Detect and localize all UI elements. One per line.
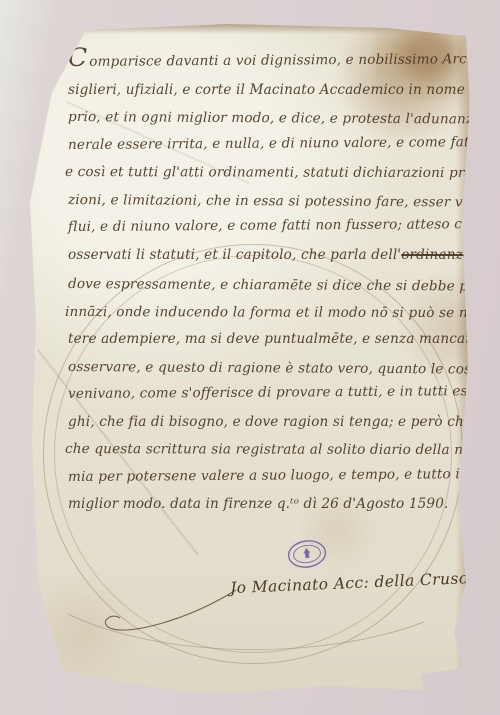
manuscript-line: che questa scrittura sia registrata al s…	[65, 436, 463, 465]
manuscript-line: dove espressamente, e chiaramēte si dice…	[68, 271, 466, 301]
manuscript-line-sup: adu	[471, 245, 488, 255]
manuscript-line: nerale essere irrita, e nulla, e di niun…	[68, 129, 466, 159]
manuscript-line: ghi, che fia di bisogno, e dove ragion s…	[68, 409, 466, 437]
manuscript-line: flui, e di niuno valore, e come fatti no…	[68, 211, 466, 241]
manuscript-line: siglieri, ufiziali, e corte il Macinato …	[68, 77, 466, 105]
manuscript-line: tere adempiere, ma si deve puntualmēte, …	[68, 326, 466, 354]
signature-flourish	[68, 562, 428, 672]
manuscript-line: osservati li statuti, et il capitolo, ch…	[68, 242, 466, 272]
paper-sheet: Comparisce davanti a voi dignissimo, e n…	[28, 22, 470, 700]
manuscript-line: miglior modo. data in firenze q.ᵗᵒ dì 26…	[68, 491, 466, 519]
handwritten-text: Comparisce davanti a voi dignissimo, e n…	[68, 44, 466, 519]
manuscript-line: innāzi, onde inducendo la forma et il mo…	[65, 298, 463, 327]
manuscript-line-struck: ordinanza	[401, 247, 471, 263]
manuscript-line-post: generale	[489, 247, 500, 263]
manuscript-line: e così et tutti gl'atti ordinamenti, sta…	[65, 159, 463, 188]
manuscript-line: Comparisce davanti a voi dignissimo, e n…	[68, 41, 466, 76]
manuscript-line-pre: osservati li statuti, et il capitolo, ch…	[68, 247, 401, 263]
manuscript-line: mia per potersene valere a suo luogo, e …	[68, 461, 466, 491]
stamp-emblem-icon	[303, 548, 311, 559]
photo-background: Comparisce davanti a voi dignissimo, e n…	[0, 0, 500, 715]
manuscript-line: venivano, come s'offerisce di provare a …	[68, 378, 466, 408]
